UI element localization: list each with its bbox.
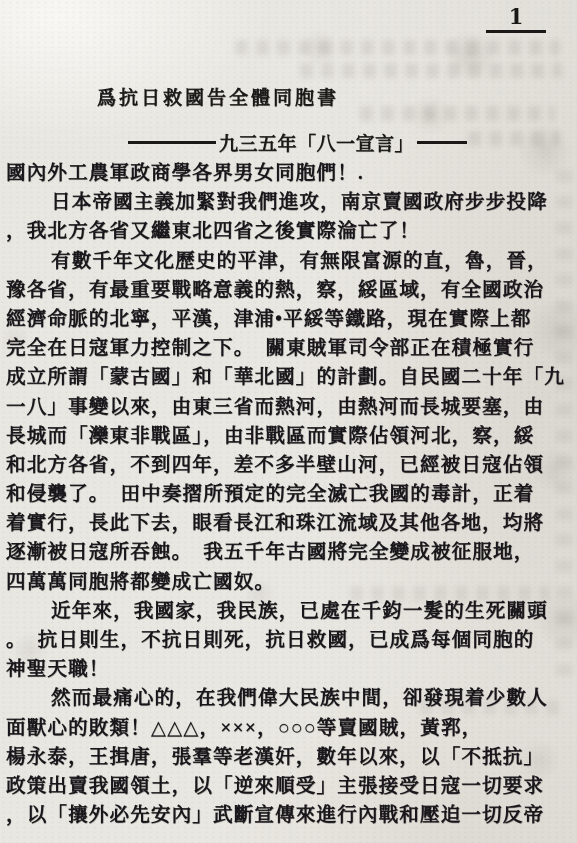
body-line: 一八」事變以來，由東三省而熱河，由熱河而長城要塞，由 [6,393,554,422]
body-line: 成立所謂「蒙古國」和「華北國」的計劃。自民國二十年「九 [6,363,554,392]
page-number: 1 [486,4,546,33]
document-body: 國內外工農軍政商學各界男女同胞們！. 日本帝國主義加緊對我們進攻，南京賣國政府步… [6,159,554,830]
body-line: 面獸心的敗類！△△△，×××，○○○等賣國賊，黃郛， [6,714,554,743]
body-line: 逐漸被日寇所吞蝕。 我五千年古國將完全變成被征服地， [6,538,554,567]
body-line: 國內外工農軍政商學各界男女同胞們！. [6,159,554,188]
body-line: 經濟命脈的北寧，平漢，津浦•平綏等鐵路，現在實際上都 [6,305,554,334]
body-line: 政策出賣我國領土，以「逆來順受」主張接受日寇一切要求 [6,772,554,801]
body-line: 。 抗日則生，不抗日則死，抗日救國，已成爲每個同胞的 [6,626,554,655]
ink-bleed-through [235,40,560,55]
ink-bleed-through [556,170,572,690]
page-title: 爲抗日救國告全體同胞書 [97,83,339,110]
body-line: ，以「攘外必先安內」武斷宣傳來進行內戰和壓迫一切反帝 [6,801,554,830]
ink-bleed-through [360,106,555,121]
body-line: 有數千年文化歷史的平津，有無限富源的直，魯，晉， [6,247,554,276]
body-line: 和北方各省，不到四年，差不多半壁山河，已經被日寇佔領 [6,451,554,480]
body-line: ，我北方各省又繼東北四省之後實際淪亡了！ [6,217,554,246]
body-line: 然而最痛心的，在我們偉大民族中間，卻發現着少數人 [6,684,554,713]
body-line: 豫各省，有最重要戰略意義的熱，察，綏區域，有全國政治 [6,276,554,305]
page-subtitle: 九三五年「八一宣言」 [128,129,467,156]
body-line: 日本帝國主義加緊對我們進攻，南京賣國政府步步投降 [6,188,554,217]
body-line: 着實行，長此下去，眼看長江和珠江流域及其他各地，均將 [6,509,554,538]
body-line: 完全在日寇軍力控制之下。 關東賊軍司令部正在積極實行 [6,334,554,363]
body-line: 四萬萬同胞將都變成亡國奴。 [6,568,554,597]
ink-bleed-through [300,63,562,78]
body-line: 和侵襲了。 田中奏摺所預定的完全滅亡我國的毒計，正着 [6,480,554,509]
subtitle-dash-left [128,141,216,144]
ink-bleed-through [468,131,560,146]
scanned-document-page: 1 爲抗日救國告全體同胞書 九三五年「八一宣言」 國內外工農軍政商學各界男女同胞… [0,0,577,843]
body-line: 近年來，我國家，我民族，已處在千鈞一髮的生死關頭 [6,597,554,626]
body-line: 神聖天職！ [6,655,554,684]
body-line: 長城而「灤東非戰區」，由非戰區而實際佔領河北，察，綏 [6,422,554,451]
body-line: 楊永泰，王揖唐，張羣等老漢奸，數年以來，以「不抵抗」 [6,743,554,772]
subtitle-text: 九三五年「八一宣言」 [219,129,414,156]
subtitle-dash-right [417,141,467,144]
